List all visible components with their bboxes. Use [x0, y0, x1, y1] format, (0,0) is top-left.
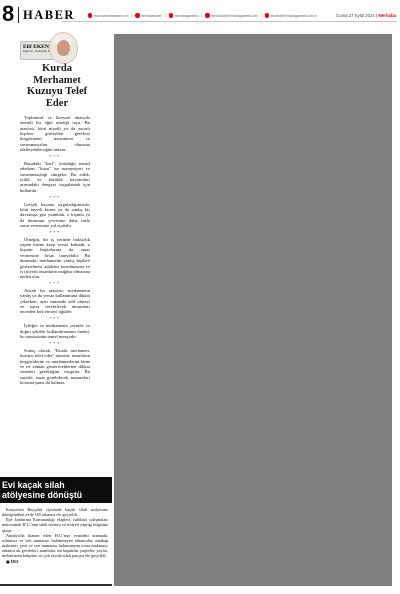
bottom-paragraph: Antalya'da ikamet eden H.U.'nun evindeki…: [2, 533, 108, 559]
paragraph-separator: ***: [20, 230, 90, 235]
agency-bullet-icon: ■: [6, 559, 10, 564]
agency-line: ■ İHA: [2, 559, 108, 564]
column-body: Toplumsal ve bireysel düzeyde önemli bir…: [20, 115, 90, 474]
contact-text: merhabahaber: [141, 14, 162, 18]
contact-text: www.merhabahaber.com: [93, 14, 128, 18]
brand-name: Merhaba: [378, 13, 396, 18]
paragraph-separator: ***: [20, 316, 90, 321]
empty-page-region: [114, 34, 392, 586]
contact-separator: [201, 13, 202, 18]
contact-text: merhaba@merhabagazetesi.com: [211, 14, 258, 18]
column-paragraph: Ancak bu atasözü, merhametin yanlış ya d…: [20, 288, 90, 315]
column-headline: Kurda Merhamet Kuzuyu Telef Eder: [14, 63, 100, 109]
contact-separator: [165, 13, 166, 18]
headline-line: Kuzuyu Telef: [14, 86, 100, 98]
header-rule: [62, 21, 397, 22]
contact-facebook: merhabahaber: [135, 13, 161, 17]
column-paragraph: Buradaki "kurt", kötülüğü temsil ederken…: [20, 161, 90, 193]
agency-name: İHA: [11, 559, 19, 564]
date-line: Cuma 27 Eylül 2024 | Merhaba: [336, 13, 396, 18]
globe-icon: [88, 13, 92, 17]
contact-twitter: merhabagazetesi: [169, 13, 199, 17]
date-pipe: |: [376, 13, 377, 18]
paragraph-separator: ***: [20, 281, 90, 286]
contact-instagram: merhaba@merhabagazetesi.com: [205, 13, 258, 17]
author-photo: [49, 32, 78, 64]
bottom-paragraph: İlçe Jandarma Komutanlığı ekipleri, isti…: [2, 517, 108, 532]
header-divider: [18, 7, 19, 23]
headline-line: Merhamet: [14, 75, 100, 87]
column-paragraph: Örneğin, bir iş yerinde haksızlık yapan …: [20, 237, 90, 280]
bottom-article-headline: Evi kaçak silah atölyesine dönüştü: [0, 477, 112, 503]
bottom-headline-line: Evi kaçak silah: [2, 480, 112, 490]
date-text: Cuma 27 Eylül 2024: [336, 13, 375, 18]
paragraph-separator: ***: [20, 154, 90, 159]
contact-bar: www.merhabahaber.com merhabahaber merhab…: [88, 13, 317, 18]
paragraph-separator: ***: [20, 341, 90, 346]
column-paragraph: Toplumsal ve bireysel düzeyde önemli bir…: [20, 115, 90, 152]
mail-icon: [265, 13, 269, 17]
contact-website: www.merhabahaber.com: [88, 13, 128, 17]
contact-email: abone@merhabagazetesi.com.tr: [265, 13, 317, 17]
contact-separator: [261, 13, 262, 18]
column-paragraph: Sonuç olarak, "Kurda merhamet, kuzuyu te…: [20, 348, 90, 385]
contact-text: merhabagazetesi: [174, 14, 198, 18]
column-paragraph: İyiliğin ve merhametin yerinde ve doğru …: [20, 323, 90, 339]
headline-line: Kurda: [14, 63, 100, 75]
instagram-icon: [205, 13, 209, 17]
twitter-icon: [169, 13, 173, 17]
contact-separator: [131, 13, 132, 18]
page-number: 8: [2, 1, 14, 27]
facebook-icon: [135, 13, 139, 17]
bottom-article-body: Konya'nın Beyşehir ilçesinde kaçak silah…: [2, 507, 108, 582]
newspaper-page: 8 HABER www.merhabahaber.com merhabahabe…: [0, 0, 400, 594]
bottom-headline-line: atölyesine dönüştü: [2, 490, 112, 500]
bottom-rule: [0, 584, 112, 586]
bottom-paragraph: Konya'nın Beyşehir ilçesinde kaçak silah…: [2, 507, 108, 517]
headline-line: Eder: [14, 98, 100, 110]
paragraph-separator: ***: [20, 195, 90, 200]
column-paragraph: Gerçek hayatta uyguladığımızda, kötü niy…: [20, 202, 90, 229]
face-shape: [57, 40, 70, 56]
contact-text: abone@merhabagazetesi.com.tr: [270, 14, 316, 18]
